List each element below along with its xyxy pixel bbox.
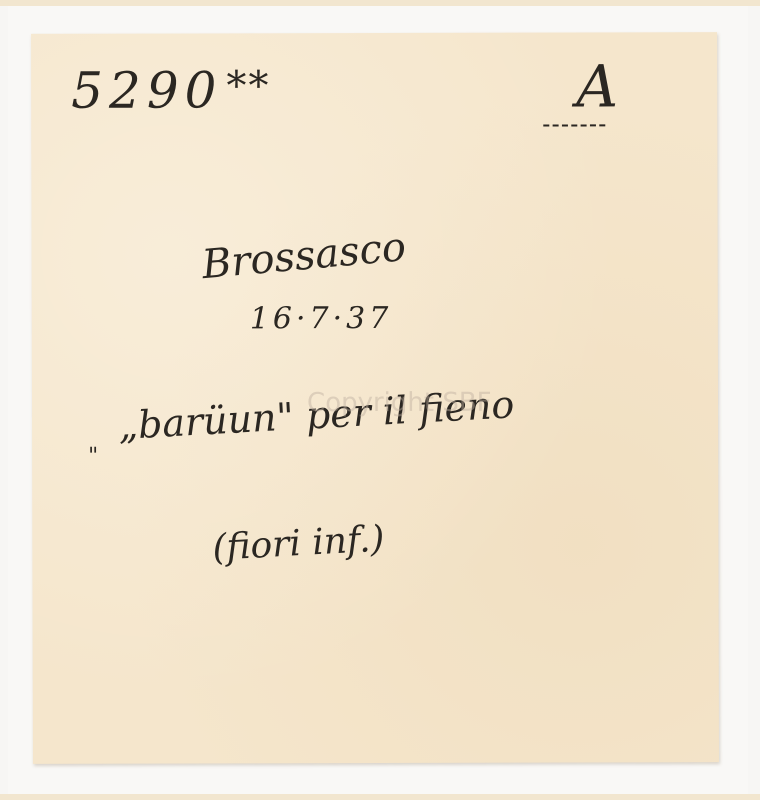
locality-text: Brossasco [200, 224, 408, 288]
asterisk-marks: ** [226, 63, 270, 109]
category-underline [543, 124, 605, 126]
copyright-watermark: Copyright SBF [307, 388, 492, 418]
bottom-edge-strip [0, 794, 760, 800]
herbarium-label-card: 5290** A Brossasco 16·7·37 „barüun" per … [31, 32, 719, 764]
collection-date: 16·7·37 [250, 301, 393, 336]
catalog-number: 5290** [71, 61, 270, 120]
catalog-number-value: 5290 [71, 61, 222, 119]
category-letter: A [576, 52, 618, 120]
ditto-mark: " [88, 444, 98, 469]
notes-text: (fiori inf.) [211, 519, 385, 569]
